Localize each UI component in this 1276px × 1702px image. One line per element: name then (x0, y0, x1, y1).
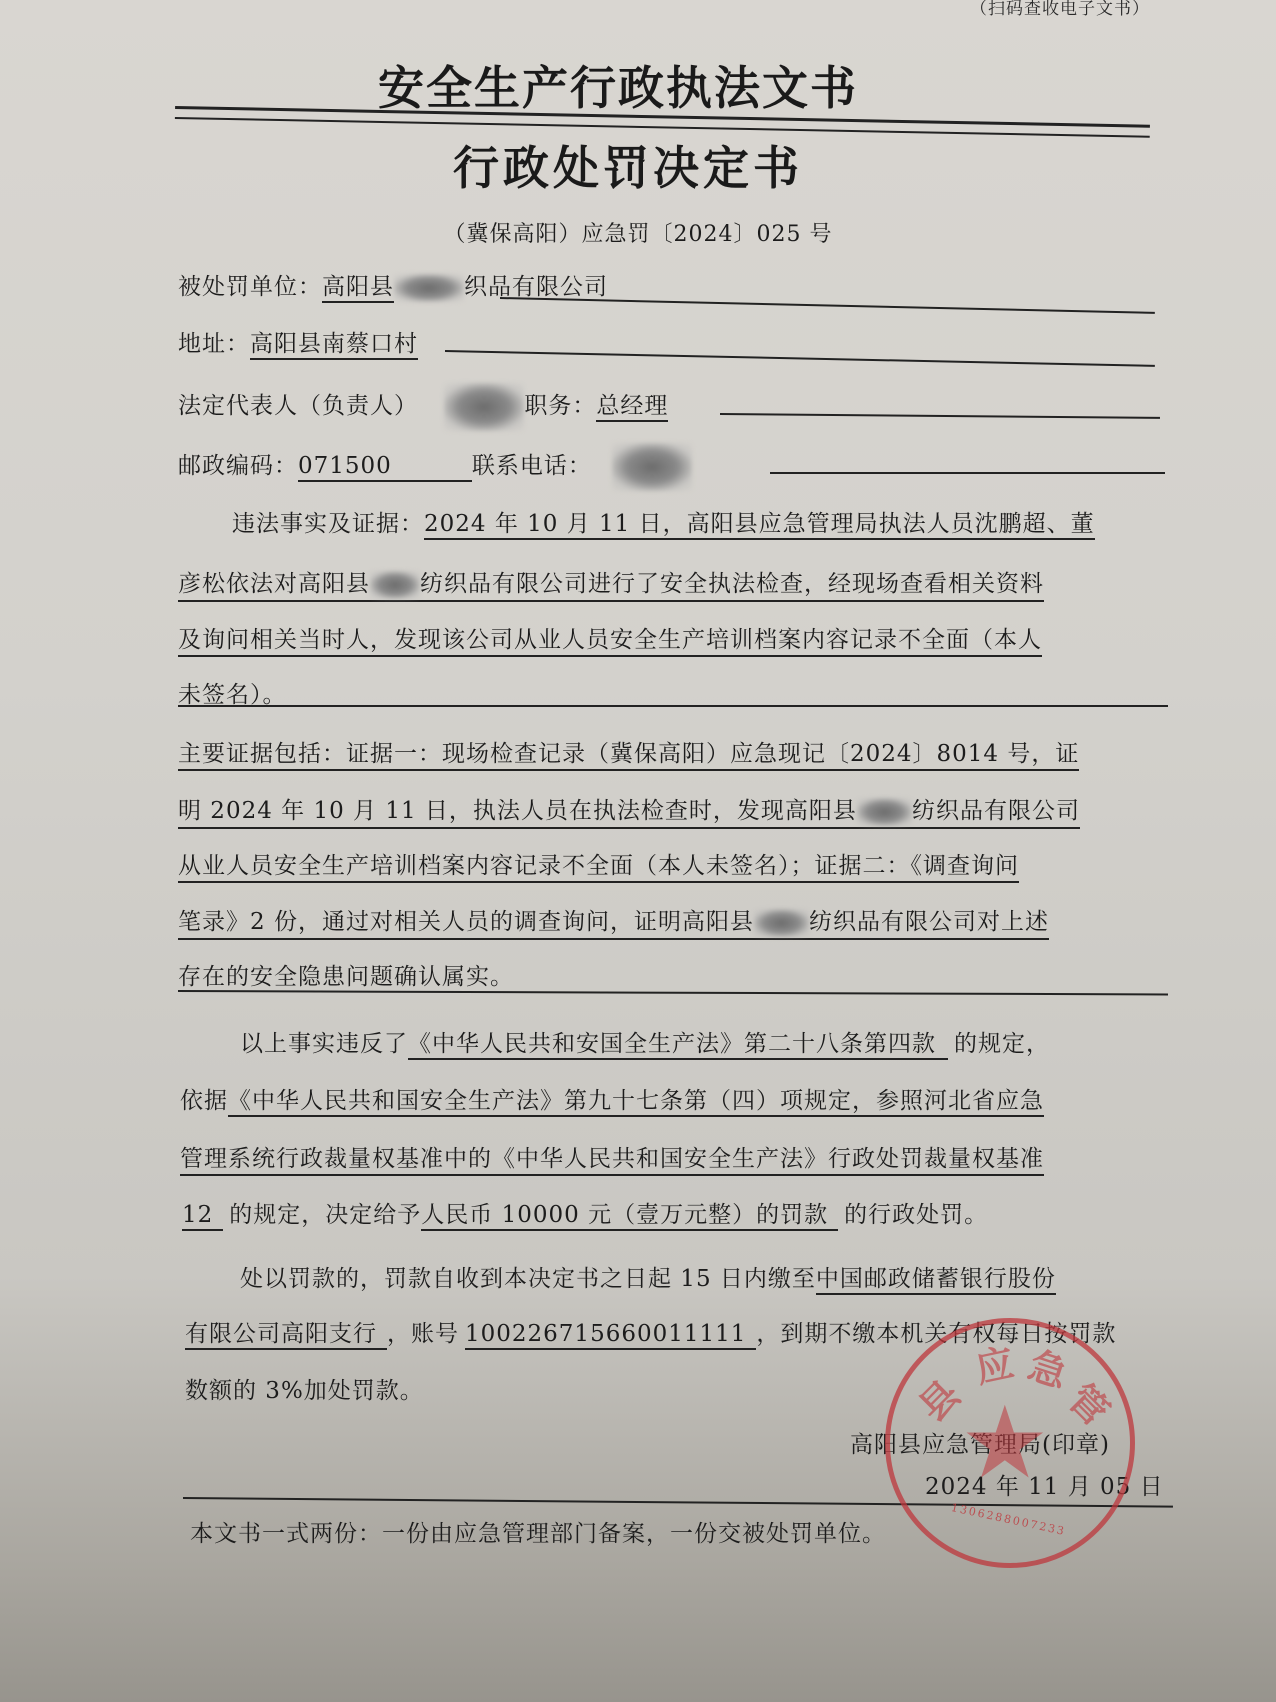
benchmark-number: 12 (182, 1202, 223, 1231)
decision-line-2: 依据《中华人民共和国安全生产法》第九十七条第（四）项规定，参照河北省应急 (180, 1082, 1044, 1115)
evidence-line-2: 明 2024 年 10 月 11 日，执法人员在执法检查时，发现高阳县纺织品有限… (178, 792, 1080, 829)
facts-label: 违法事实及证据： (232, 511, 424, 537)
payment-line-1: 处以罚款的，罚款自收到本决定书之日起 15 日内缴至中国邮政储蓄银行股份 (240, 1260, 1056, 1293)
facts-line-2: 彦松依法对高阳县纺织品有限公司进行了安全执法检查，经现场查看相关资料 (178, 565, 1044, 602)
evidence-line-4: 笔录》2 份，通过对相关人员的调查询问，证明高阳县纺织品有限公司对上述 (178, 903, 1049, 940)
document-number: （冀保高阳）应急罚〔2024〕025 号 (0, 217, 1276, 248)
address-row: 地址：高阳县南蔡口村 (178, 325, 418, 358)
legal-rep-row: 法定代表人（负责人） 职务：总经理 (178, 383, 668, 431)
penalized-unit-suffix: 织品有限公司 (464, 274, 608, 300)
scan-note: （扫码查收电子文书） (970, 0, 1150, 19)
document-title-sub: 行政处罚决定书 (0, 132, 1266, 198)
phone-label: 联系电话： (472, 453, 592, 479)
decision-line-3: 管理系统行政裁量权基准中的《中华人民共和国安全生产法》行政处罚裁量权基准 (180, 1140, 1044, 1176)
redacted-name (857, 798, 912, 826)
facts-line-1: 违法事实及证据：2024 年 10 月 11 日，高阳县应急管理局执法人员沈鹏超… (232, 505, 1095, 538)
underline (770, 472, 1165, 474)
account-number: 100226715660011111 (465, 1321, 756, 1350)
issue-date: 2024 年 11 月 05 日 (925, 1468, 1164, 1501)
redacted-name (394, 274, 464, 302)
position-value: 总经理 (596, 393, 668, 422)
redacted-name (444, 383, 524, 431)
issuing-authority: 高阳县应急管理局(印章) (850, 1426, 1110, 1459)
penalized-unit-label: 被处罚单位： (178, 274, 322, 300)
evidence-line-3: 从业人员安全生产培训档案内容记录不全面（本人未签名）；证据二：《调查询问 (178, 847, 1019, 883)
redacted-name (370, 571, 420, 599)
postcode-value: 071500 (298, 453, 472, 482)
underline (500, 297, 1155, 314)
payment-line-3: 数额的 3%加处罚款。 (185, 1372, 424, 1405)
address-value: 高阳县南蔡口村 (250, 331, 418, 360)
underline (178, 705, 1168, 707)
penalized-unit-prefix: 高阳县 (322, 274, 394, 303)
seal-char: 县 (904, 1366, 970, 1432)
payment-line-2: 有限公司高阳支行，账号100226715660011111，到期不缴本机关有权每… (185, 1315, 1116, 1348)
penalized-unit-row: 被处罚单位：高阳县织品有限公司 (178, 268, 608, 302)
violated-law: 《中华人民共和安国全生产法》第二十八条第四款 (408, 1031, 948, 1060)
underline (178, 990, 1168, 995)
position-label: 职务： (524, 393, 596, 419)
decision-line-4: 12的规定，决定给予人民币 10000 元（壹万元整）的罚款的行政处罚。 (182, 1196, 988, 1229)
legal-rep-label: 法定代表人（负责人） (178, 393, 418, 419)
decision-line-1: 以上事实违反了《中华人民共和安国全生产法》第二十八条第四款的规定， (240, 1025, 1050, 1058)
postcode-label: 邮政编码： (178, 453, 298, 479)
redacted-phone (612, 443, 692, 491)
redacted-name (754, 909, 809, 937)
legal-basis: 《中华人民共和国安全生产法》第九十七条第（四）项规定，参照河北省应急 (228, 1088, 1044, 1117)
evidence-line-1: 主要证据包括：证据一：现场检查记录（冀保高阳）应急现记〔2024〕8014 号，… (178, 735, 1079, 771)
footer-note: 本文书一式两份：一份由应急管理部门备案，一份交被处罚单位。 (190, 1515, 886, 1548)
bank-name: 中国邮政储蓄银行股份 (816, 1266, 1056, 1295)
evidence-line-5: 存在的安全隐患问题确认属实。 (178, 958, 514, 991)
address-label: 地址： (178, 331, 250, 357)
underline (445, 350, 1155, 367)
facts-line-3: 及询问相关当时人，发现该公司从业人员安全生产培训档案内容记录不全面（本人 (178, 621, 1042, 657)
postcode-row: 邮政编码：071500联系电话： (178, 443, 692, 491)
document-page: （扫码查收电子文书） 安全生产行政执法文书 行政处罚决定书 （冀保高阳）应急罚〔… (0, 0, 1276, 1702)
bank-branch: 有限公司高阳支行 (185, 1321, 387, 1350)
underline (720, 413, 1160, 419)
fine-amount: 人民币 10000 元（壹万元整）的罚款 (421, 1202, 838, 1231)
